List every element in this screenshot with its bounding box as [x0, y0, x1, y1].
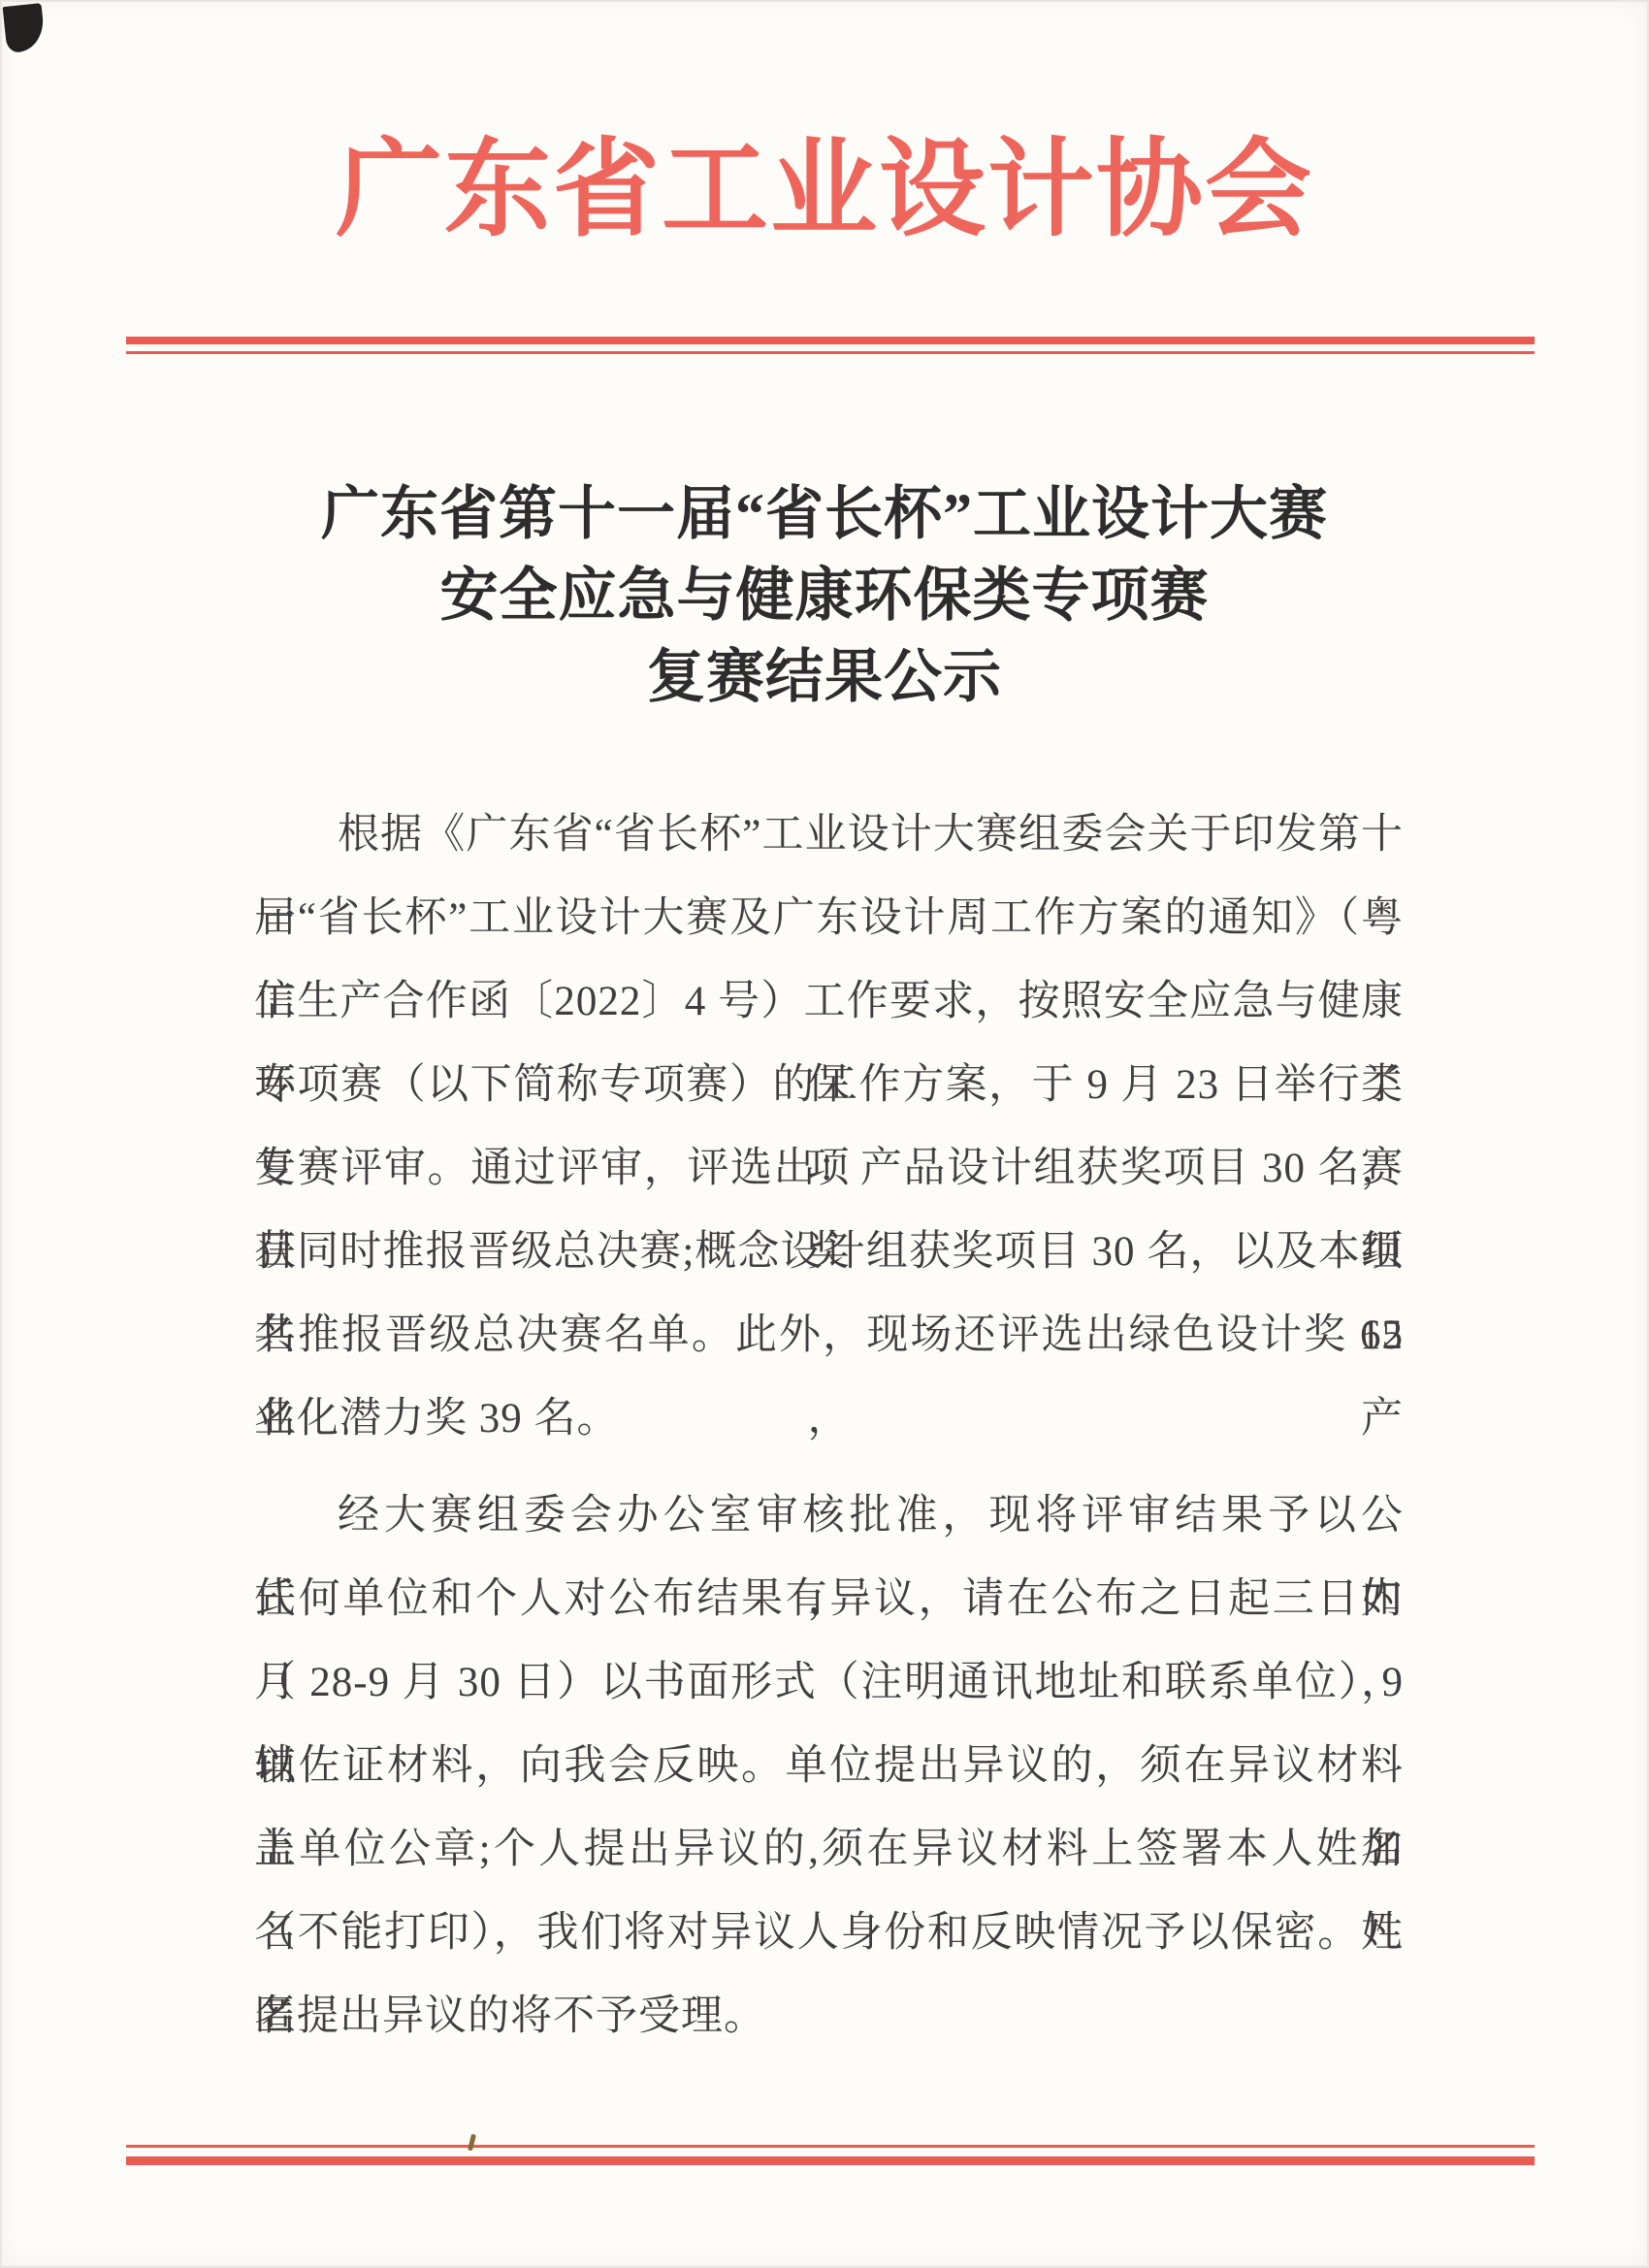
body-line: 任何单位和个人对公布结果有异议，请在公布之日起三日内（9 [254, 1558, 1404, 1641]
body-text: 根据《广东省“省长杯”工业设计大赛组委会关于印发第十一届“省长杯”工业设计大赛及… [254, 794, 1404, 2058]
body-line: 信生产合作函〔2022〕4 号）工作要求，按照安全应急与健康环保类 [254, 960, 1404, 1044]
paragraph-1: 根据《广东省“省长杯”工业设计大赛组委会关于印发第十一届“省长杯”工业设计大赛及… [254, 794, 1404, 1461]
body-line: 根据《广东省“省长杯”工业设计大赛组委会关于印发第十一 [254, 794, 1404, 877]
divider-thin-line [126, 2145, 1535, 2148]
body-line: 专项赛（以下简称专项赛）的工作方案，于 9 月 23 日举行了专项赛 [254, 1044, 1404, 1127]
document-title-line-3: 复赛结果公示 [0, 636, 1649, 718]
body-line: 盖单位公章;个人提出异议的,须在异议材料上签署本人姓名（姓 [254, 1808, 1404, 1892]
body-line: 名提出异议的将不予受理。 [254, 1975, 1404, 2058]
body-line: 届“省长杯”工业设计大赛及广东设计周工作方案的通知》（粤工 [254, 877, 1404, 960]
letterhead-title: 广东省工业设计协会 [0, 132, 1649, 249]
divider-thick-line [126, 337, 1535, 344]
scanned-document-page: 广东省工业设计协会 广东省第十一届“省长杯”工业设计大赛 安全应急与健康环保类专… [0, 0, 1649, 2268]
document-title: 广东省第十一届“省长杯”工业设计大赛 安全应急与健康环保类专项赛 复赛结果公示 [0, 473, 1649, 718]
footer-divider [126, 2145, 1535, 2165]
body-line: 目同时推报晋级总决赛;概念设计组获奖项目 30 名，以及本组共 62 [254, 1211, 1404, 1294]
divider-thin-line [126, 351, 1535, 354]
body-line: 月 28-9 月 30 日）以书面形式（注明通讯地址和联系单位），辅 [254, 1641, 1404, 1725]
body-line: 名推报晋级总决赛名单。此外，现场还评选出绿色设计奖 15 名，产 [254, 1294, 1404, 1377]
body-line: 名不能打印），我们将对异议人身份和反映情况予以保密。凡匿 [254, 1892, 1404, 1975]
divider-thick-line [126, 2156, 1535, 2165]
document-title-line-2: 安全应急与健康环保类专项赛 [0, 555, 1649, 636]
paragraph-2: 经大赛组委会办公室审核批准，现将评审结果予以公式，如任何单位和个人对公布结果有异… [254, 1474, 1404, 2058]
body-line: 以佐证材料，向我会反映。单位提出异议的，须在异议材料上加 [254, 1725, 1404, 1808]
body-line: 经大赛组委会办公室审核批准，现将评审结果予以公式，如 [254, 1474, 1404, 1558]
letterhead-divider [126, 337, 1535, 354]
scan-corner-artifact-icon [3, 3, 47, 53]
body-line: 复赛评审。通过评审，评选出：产品设计组获奖项目 30 名，获奖项 [254, 1127, 1404, 1211]
document-title-line-1: 广东省第十一届“省长杯”工业设计大赛 [0, 473, 1649, 555]
